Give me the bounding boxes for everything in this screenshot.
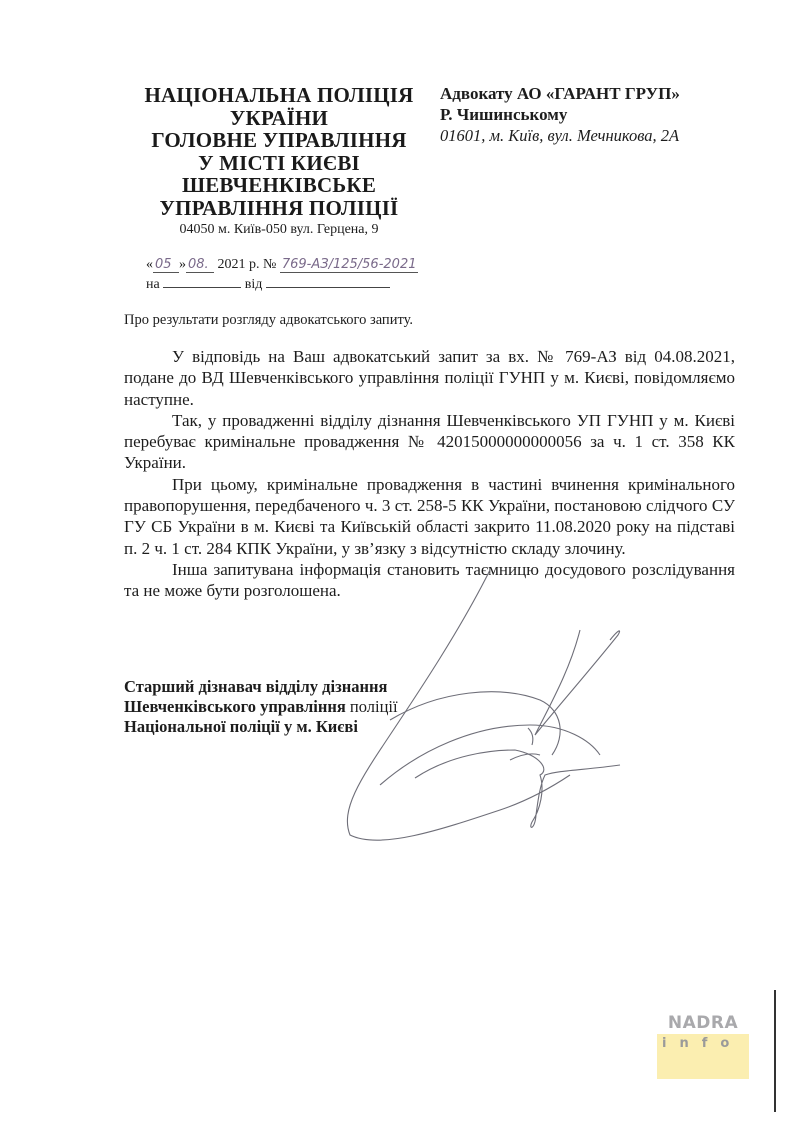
sender-header: НАЦІОНАЛЬНА ПОЛІЦІЯ УКРАЇНИ ГОЛОВНЕ УПРА… <box>130 84 428 239</box>
ref-label: на <box>146 277 160 292</box>
quote-close: » <box>179 257 186 272</box>
handwritten-signature-icon <box>300 560 670 850</box>
watermark-subtitle: info <box>657 1034 749 1051</box>
watermark-box: info <box>657 1034 749 1079</box>
number-label: № <box>263 257 276 272</box>
sender-address: 04050 м. Київ-050 вул. Герцена, 9 <box>130 221 428 239</box>
reg-day: 05 <box>153 257 179 273</box>
recipient-address: 01601, м. Київ, вул. Мечникова, 2А <box>440 125 760 146</box>
recipient-name: Р. Чишинському <box>440 104 760 125</box>
org-line: УПРАВЛІННЯ ПОЛІЦІЇ <box>130 197 428 220</box>
from-blank <box>266 274 390 288</box>
nadra-info-watermark: NADRA info <box>657 1013 749 1079</box>
org-line: ГОЛОВНЕ УПРАВЛІННЯ <box>130 129 428 152</box>
from-label: від <box>245 277 263 292</box>
org-line: НАЦІОНАЛЬНА ПОЛІЦІЯ <box>130 84 428 107</box>
org-line: ШЕВЧЕНКІВСЬКЕ <box>130 174 428 197</box>
subject-line: Про результати розгляду адвокатського за… <box>124 312 413 329</box>
watermark-title: NADRA <box>657 1013 749 1033</box>
reg-number: 769-АЗ/125/56-2021 <box>280 257 419 273</box>
scan-edge-line <box>774 990 776 1112</box>
reg-month: 08. <box>186 257 214 273</box>
paragraph: При цьому, кримінальне провадження в час… <box>124 474 735 559</box>
quote-open: « <box>146 257 153 272</box>
reg-year: 2021 р. <box>218 257 260 272</box>
recipient-line1: Адвокату АО «ГАРАНТ ГРУП» <box>440 83 760 104</box>
org-line: У МІСТІ КИЄВІ <box>130 152 428 175</box>
ref-blank <box>163 274 241 288</box>
registration-line: «05»08. 2021 р. № 769-АЗ/125/56-2021 <box>146 257 418 273</box>
org-line: УКРАЇНИ <box>130 107 428 130</box>
recipient-block: Адвокату АО «ГАРАНТ ГРУП» Р. Чишинському… <box>440 83 760 146</box>
reference-line: на від <box>146 274 390 293</box>
paragraph: У відповідь на Ваш адвокатський запит за… <box>124 346 735 410</box>
paragraph: Так, у провадженні відділу дізнання Шевч… <box>124 410 735 474</box>
